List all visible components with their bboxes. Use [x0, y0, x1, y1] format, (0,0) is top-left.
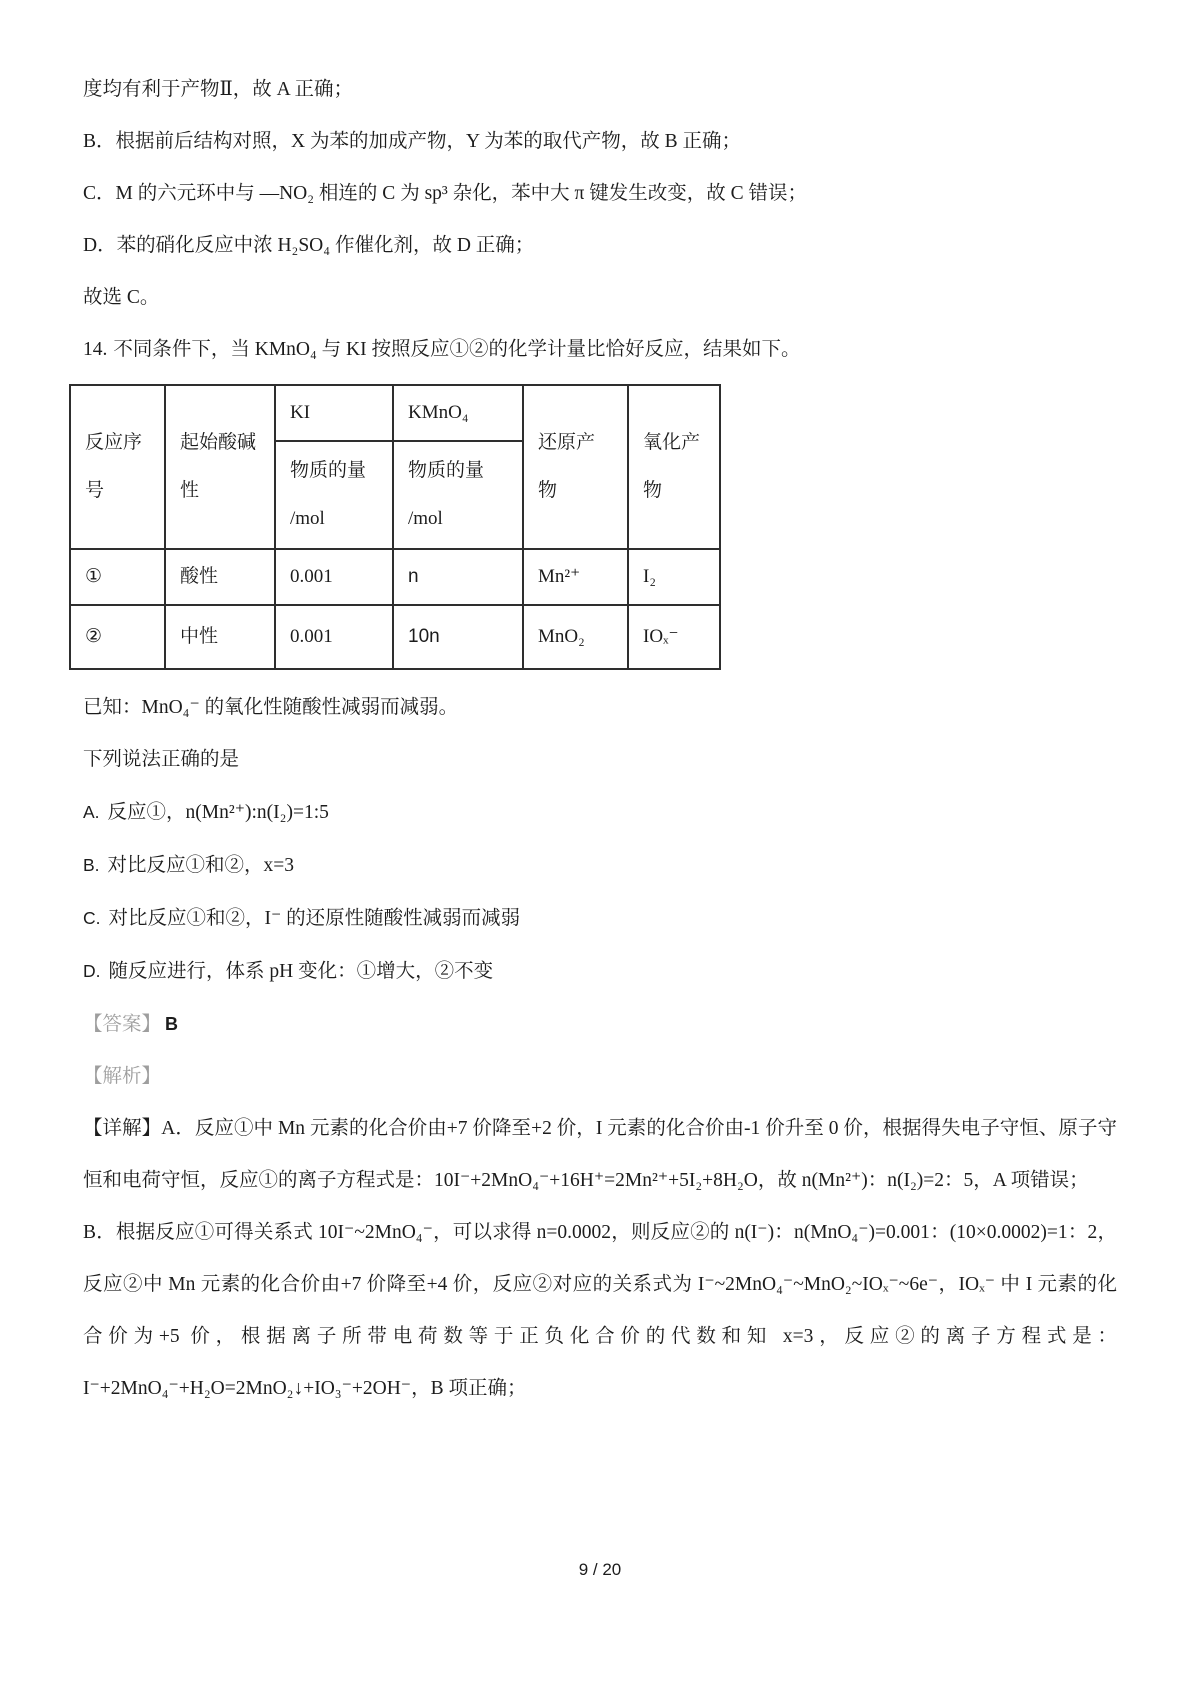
solution-line-d: D．苯的硝化反应中浓 H₂SO₄ 作催化剂，故 D 正确； — [83, 220, 1117, 272]
cell-oxidation-product: IOₓ⁻ — [628, 605, 720, 669]
cell-acidity: 中性 — [165, 605, 275, 669]
question-prompt: 下列说法正确的是 — [83, 734, 1117, 786]
option-b-text: 对比反应①和②，x=3 — [108, 855, 295, 876]
table-row: ① 酸性 0.001 n Mn²⁺ I₂ — [70, 549, 720, 605]
solution-line-a: 度均有利于产物Ⅱ，故 A 正确； — [83, 64, 1117, 116]
cell-reduction-product: MnO₂ — [523, 605, 628, 669]
option-a: A.反应①，n(Mn²⁺):n(I₂)=1:5 — [83, 786, 1117, 839]
detail-paragraph-b: B．根据反应①可得关系式 10I⁻~2MnO₄⁻，可以求得 n=0.0002，则… — [83, 1207, 1117, 1415]
option-d: D.随反应进行，体系 pH 变化：①增大，②不变 — [83, 945, 1117, 998]
header-oxidation-product: 氧化产 物 — [628, 385, 720, 549]
table-row: ② 中性 0.001 10n MnO₂ IOₓ⁻ — [70, 605, 720, 669]
question-stem: 14.不同条件下，当 KMnO₄ 与 KI 按照反应①②的化学计量比恰好反应，结… — [83, 324, 1117, 376]
detail-label: 【详解】 — [83, 1118, 161, 1139]
cell-reduction-product: Mn²⁺ — [523, 549, 628, 605]
answer-value: B — [161, 1014, 178, 1034]
option-d-text: 随反应进行，体系 pH 变化：①增大，②不变 — [109, 961, 494, 982]
analysis-label: 【解析】 — [83, 1066, 161, 1087]
reaction-table: 反应序 号 起始酸碱 性 KI KMnO₄ 还原产 物 氧化产 物 物质的量 /… — [69, 384, 721, 670]
cell-kmno4-amount: n — [393, 549, 523, 605]
option-c-label: C. — [83, 908, 109, 928]
header-kmno4: KMnO₄ — [393, 385, 523, 441]
answer-label: 【答案】 — [83, 1014, 161, 1035]
option-c-text: 对比反应①和②，I⁻ 的还原性随酸性减弱而减弱 — [109, 908, 521, 929]
option-a-label: A. — [83, 802, 108, 822]
header-ki-amount: 物质的量 /mol — [275, 441, 393, 549]
option-c: C.对比反应①和②，I⁻ 的还原性随酸性减弱而减弱 — [83, 892, 1117, 945]
detail-paragraph-a: 【详解】A．反应①中 Mn 元素的化合价由+7 价降至+2 价，I 元素的化合价… — [83, 1103, 1117, 1207]
header-reduction-product: 还原产 物 — [523, 385, 628, 549]
cell-ki-amount: 0.001 — [275, 605, 393, 669]
analysis-line: 【解析】 — [83, 1051, 1117, 1103]
cell-kmno4-amount: 10n — [393, 605, 523, 669]
page-footer: 9 / 20 — [0, 1560, 1200, 1580]
header-ki: KI — [275, 385, 393, 441]
cell-ki-amount: 0.001 — [275, 549, 393, 605]
solution-line-c: C．M 的六元环中与 —NO₂ 相连的 C 为 sp³ 杂化，苯中大 π 键发生… — [83, 168, 1117, 220]
cell-reaction-id: ② — [70, 605, 165, 669]
solution-conclusion: 故选 C。 — [83, 272, 1117, 324]
header-reaction-number: 反应序 号 — [70, 385, 165, 549]
option-a-text: 反应①，n(Mn²⁺):n(I₂)=1:5 — [108, 802, 329, 823]
header-kmno4-amount: 物质的量 /mol — [393, 441, 523, 549]
document-page: 度均有利于产物Ⅱ，故 A 正确； B．根据前后结构对照，X 为苯的加成产物，Y … — [0, 0, 1200, 1415]
option-d-label: D. — [83, 961, 109, 981]
answer-line: 【答案】B — [83, 998, 1117, 1051]
detail-b-text: B．根据反应①可得关系式 10I⁻~2MnO₄⁻，可以求得 n=0.0002，则… — [83, 1222, 1117, 1399]
detail-a-text: A．反应①中 Mn 元素的化合价由+7 价降至+2 价，I 元素的化合价由-1 … — [83, 1118, 1117, 1191]
question-stem-text: 不同条件下，当 KMnO₄ 与 KI 按照反应①②的化学计量比恰好反应，结果如下… — [113, 339, 800, 360]
option-b: B.对比反应①和②，x=3 — [83, 839, 1117, 892]
cell-acidity: 酸性 — [165, 549, 275, 605]
option-b-label: B. — [83, 855, 108, 875]
question-number: 14. — [83, 339, 113, 360]
header-initial-acidity: 起始酸碱 性 — [165, 385, 275, 549]
cell-oxidation-product: I₂ — [628, 549, 720, 605]
known-condition: 已知：MnO₄⁻ 的氧化性随酸性减弱而减弱。 — [83, 682, 1117, 734]
solution-line-b: B．根据前后结构对照，X 为苯的加成产物，Y 为苯的取代产物，故 B 正确； — [83, 116, 1117, 168]
cell-reaction-id: ① — [70, 549, 165, 605]
